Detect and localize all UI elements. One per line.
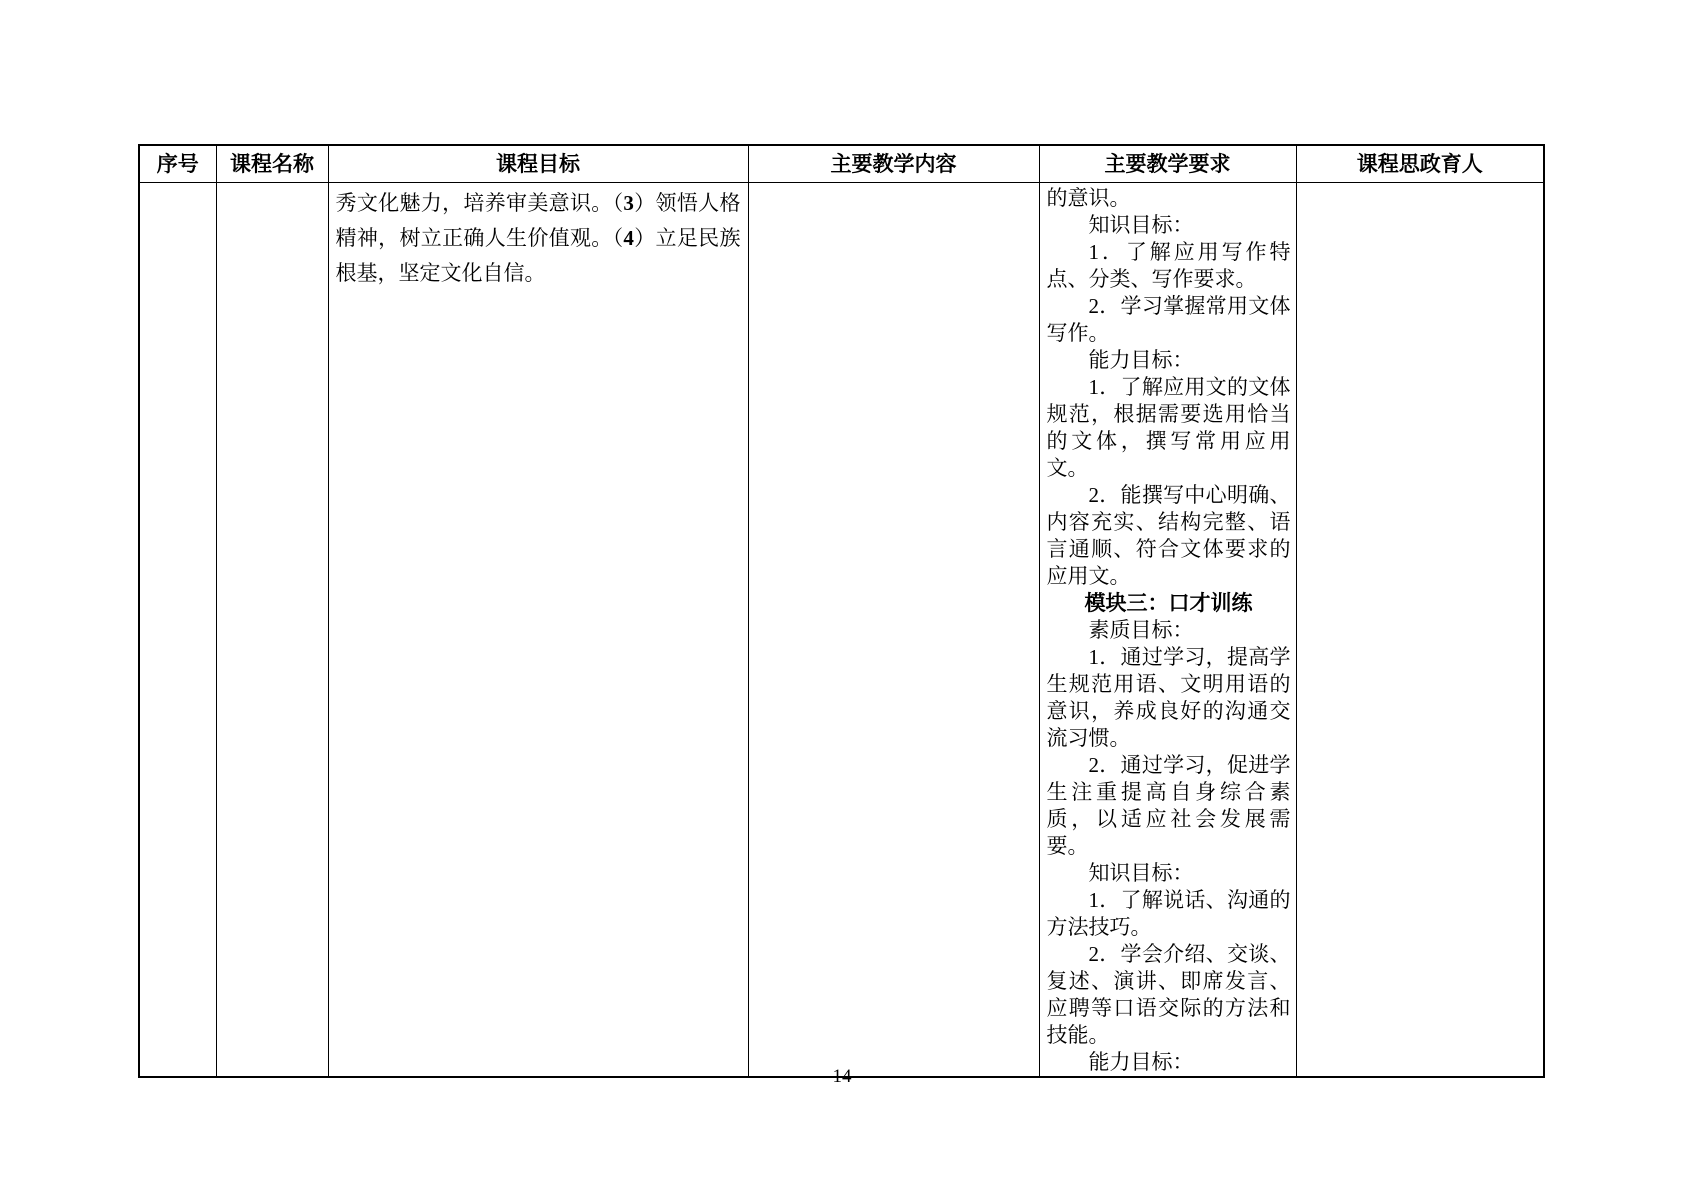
module-title: 模块三：口才训练 [1047,590,1291,617]
requirements-paragraph: 1．了解应用文的文体规范，根据需要选用恰当的文体，撰写常用应用文。 [1047,374,1291,482]
requirements-paragraph: 知识目标： [1047,212,1291,239]
column-header-course-name: 课程名称 [216,145,328,182]
requirements-paragraph: 1．了解应用写作特点、分类、写作要求。 [1047,239,1291,293]
column-header-teaching-requirements: 主要教学要求 [1039,145,1296,182]
column-header-teaching-content: 主要教学内容 [748,145,1039,182]
column-header-serial: 序号 [139,145,216,182]
cell-course-name [216,182,328,1077]
document-page: 序号 课程名称 课程目标 主要教学内容 主要教学要求 课程思政育人 秀文化魅力，… [0,0,1684,1191]
requirements-paragraph: 知识目标： [1047,860,1291,887]
syllabus-table: 序号 课程名称 课程目标 主要教学内容 主要教学要求 课程思政育人 秀文化魅力，… [138,144,1545,1078]
cell-teaching-requirements: 的意识。 知识目标： 1．了解应用写作特点、分类、写作要求。 2．学习掌握常用文… [1039,182,1296,1077]
objectives-paragraph: 秀文化魅力，培养审美意识。（3）领悟人格精神，树立正确人生价值观。（4）立足民族… [336,186,741,291]
requirements-paragraph: 素质目标： [1047,617,1291,644]
requirements-paragraph: 2．学习掌握常用文体写作。 [1047,293,1291,347]
cell-ideology-education [1296,182,1544,1077]
requirements-paragraph: 的意识。 [1047,185,1291,212]
objectives-text-1: 秀文化魅力，培养审美意识。（ [336,191,624,215]
table-row: 秀文化魅力，培养审美意识。（3）领悟人格精神，树立正确人生价值观。（4）立足民族… [139,182,1544,1077]
requirements-paragraph: 能力目标： [1047,347,1291,374]
requirements-paragraph: 2．通过学习，促进学生注重提高自身综合素质，以适应社会发展需要。 [1047,752,1291,860]
requirements-paragraph: 2．能撰写中心明确、内容充实、结构完整、语言通顺、符合文体要求的应用文。 [1047,482,1291,590]
requirements-paragraph: 1．通过学习，提高学生规范用语、文明用语的意识，养成良好的沟通交流习惯。 [1047,644,1291,752]
requirements-paragraph: 2．学会介绍、交谈、复述、演讲、即席发言、应聘等口语交际的方法和技能。 [1047,941,1291,1049]
objectives-number-4: 4 [623,226,634,250]
page-number: 14 [0,1066,1684,1088]
cell-course-objectives: 秀文化魅力，培养审美意识。（3）领悟人格精神，树立正确人生价值观。（4）立足民族… [328,182,748,1077]
requirements-paragraph: 1．了解说话、沟通的方法技巧。 [1047,887,1291,941]
cell-teaching-content [748,182,1039,1077]
header-row: 序号 课程名称 课程目标 主要教学内容 主要教学要求 课程思政育人 [139,145,1544,182]
column-header-ideology-education: 课程思政育人 [1296,145,1544,182]
cell-serial [139,182,216,1077]
column-header-course-objectives: 课程目标 [328,145,748,182]
objectives-number-3: 3 [623,191,634,215]
